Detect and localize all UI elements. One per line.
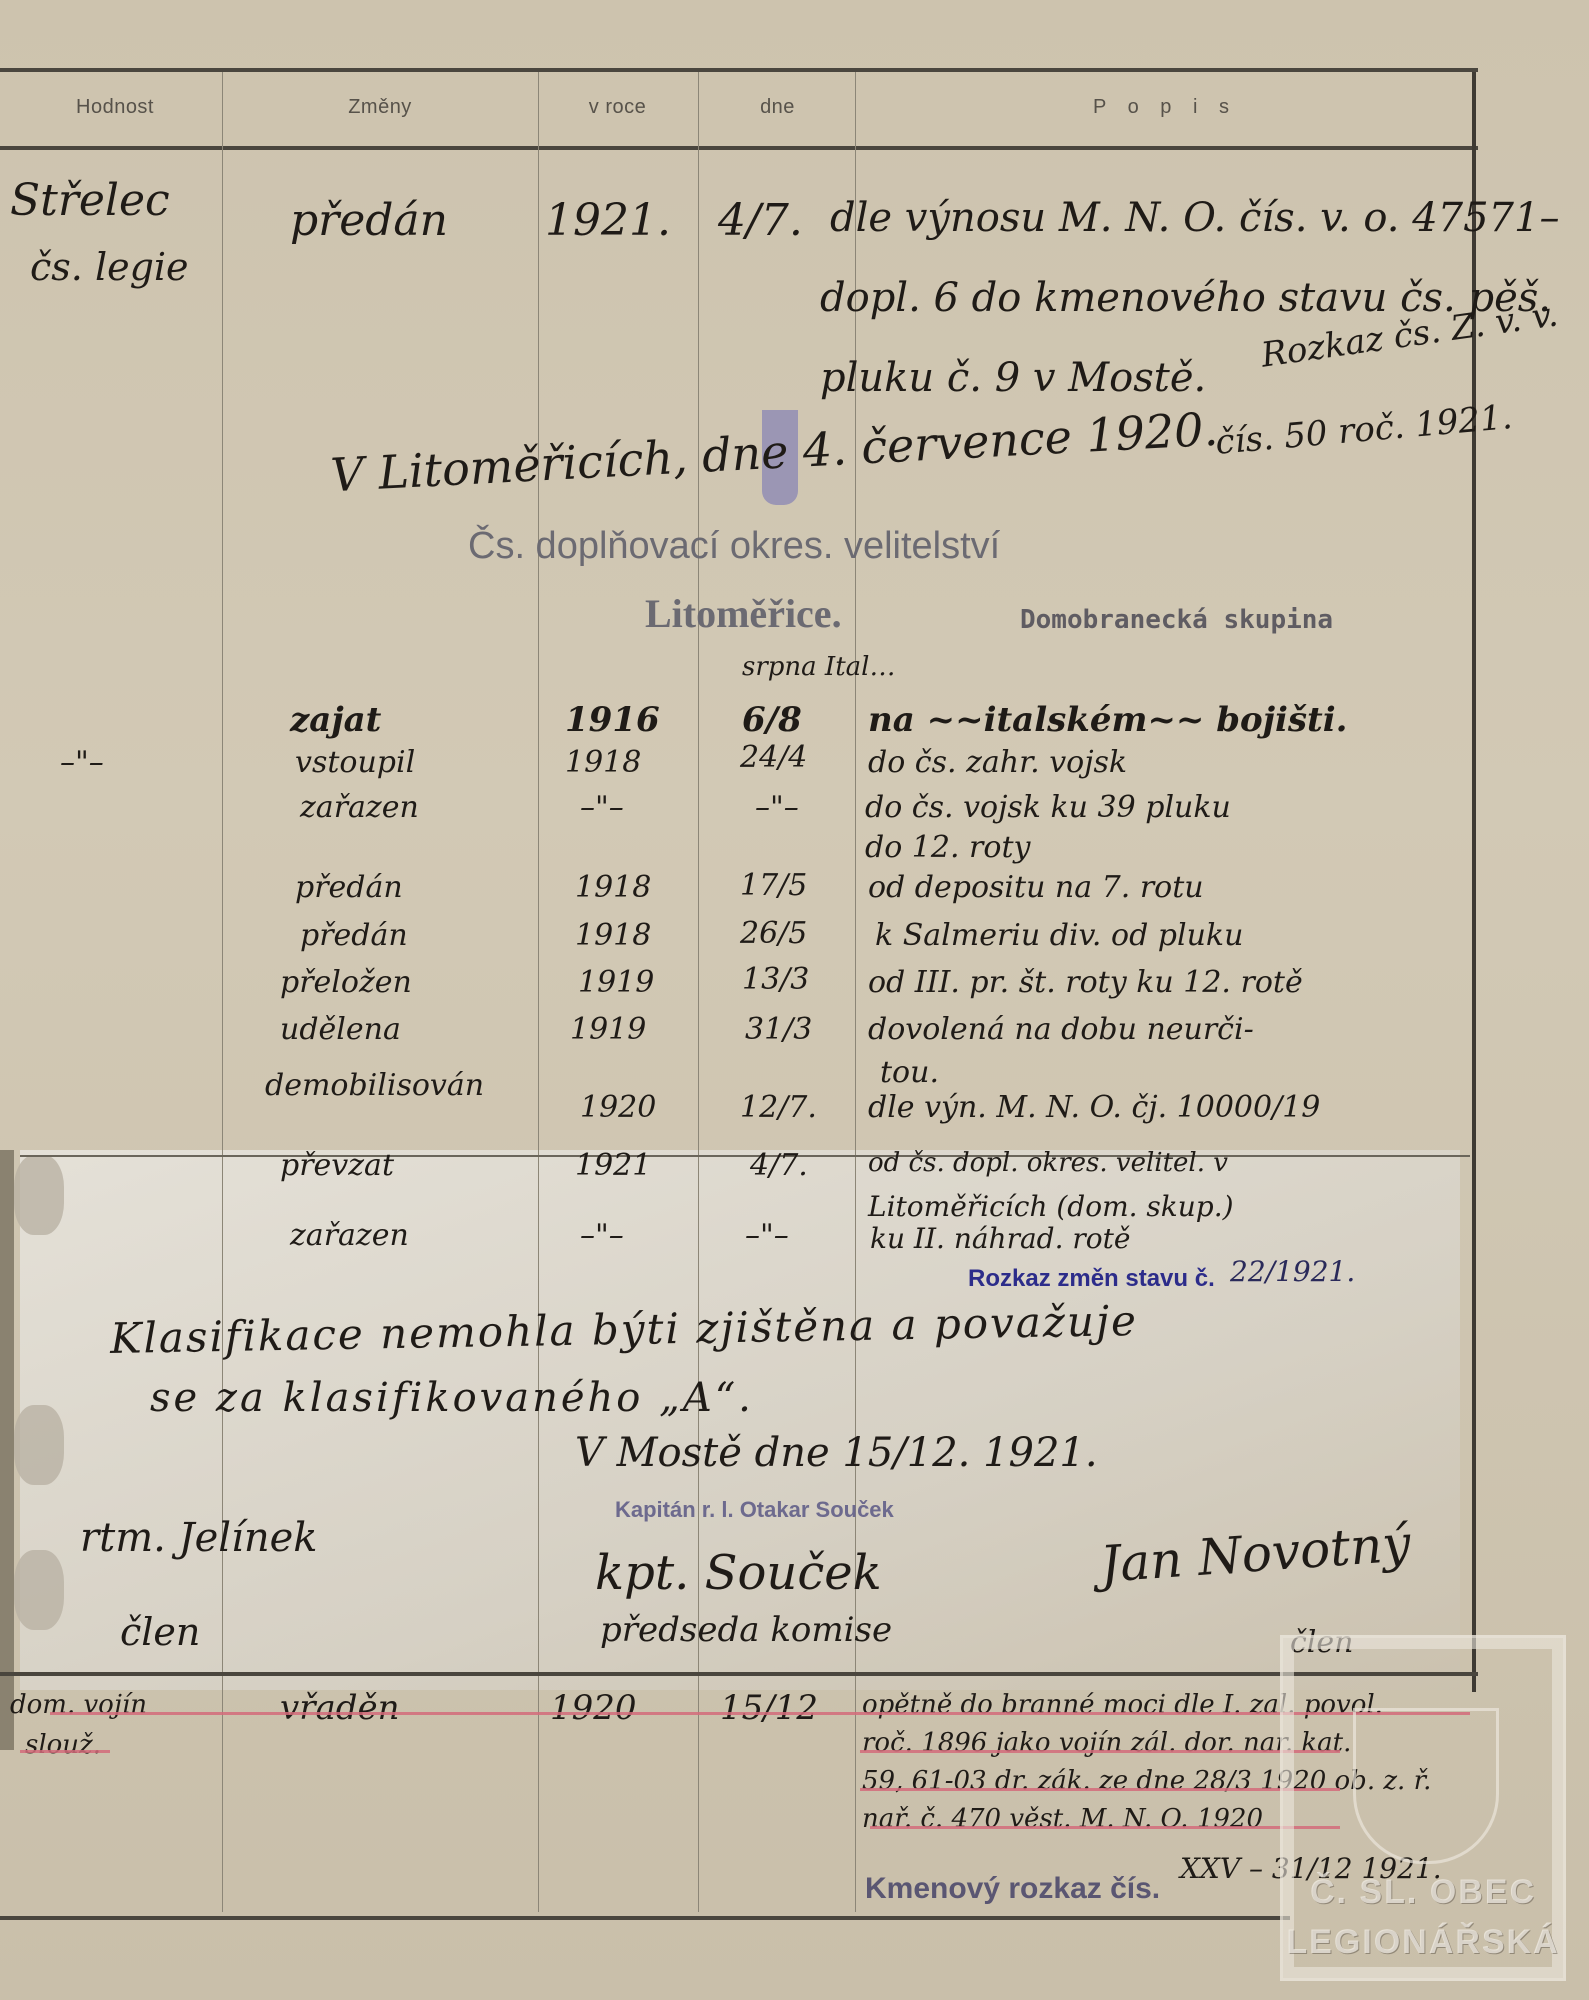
struck-year: 1920	[550, 1688, 637, 1728]
entry-year: 1921	[575, 1148, 651, 1183]
date: 4/7.	[718, 195, 803, 246]
entry-year: –"–	[580, 790, 624, 825]
bottom-rule	[0, 1916, 1290, 1920]
row-rule	[20, 1155, 1470, 1157]
entry-desc: do čs. vojsk ku 39 pluku	[865, 790, 1231, 825]
entry-year: 1916	[565, 700, 660, 740]
year: 1921.	[545, 195, 671, 246]
red-strike-line	[870, 1826, 1340, 1829]
entry-date: 24/4	[740, 740, 807, 775]
legion-watermark: Č. SL. OBEC LEGIONÁŘSKÁ	[1280, 1635, 1566, 1981]
entry-change: předán	[295, 870, 403, 905]
entry-change: zařazen	[300, 790, 419, 825]
desc-line: pluku č. 9 v Mostě.	[820, 355, 1206, 401]
header-hodnost: Hodnost	[20, 96, 210, 119]
classification-line2: se za klasifikovaného „A“.	[150, 1375, 754, 1421]
header-popis: P o p i s	[860, 96, 1470, 119]
punch-hole	[14, 1405, 64, 1485]
stamp-captain-name: Kapitán r. l. Otakar Souček	[615, 1497, 894, 1523]
entry-year: 1918	[575, 870, 651, 905]
watermark-line1: Č. SL. OBEC	[1283, 1873, 1563, 1912]
row-rule	[0, 1672, 1478, 1676]
entry-desc: dle výn. M. N. O. čj. 10000/19	[868, 1090, 1320, 1125]
struck-change: vřaděn	[280, 1688, 400, 1728]
entry-change: zařazen	[290, 1218, 409, 1253]
struck-date: 15/12	[720, 1688, 818, 1728]
struck-rank-line1: dom. vojín	[10, 1690, 147, 1720]
red-strike-line	[860, 1788, 1340, 1791]
entry-year: 1919	[578, 965, 654, 1000]
entry-desc: od depositu na 7. rotu	[868, 870, 1204, 905]
entry-date: 6/8	[742, 700, 802, 740]
header-zmeny: Změny	[230, 96, 530, 119]
desc-line: dle výnosu M. N. O. čís. v. o. 47571–	[830, 195, 1559, 241]
entry-change: předán	[300, 918, 408, 953]
entry-year: 1919	[570, 1012, 646, 1047]
binder-edge	[0, 1150, 14, 1750]
entry-desc: do čs. zahr. vojsk	[868, 745, 1127, 780]
stamp-kmenovy-label: Kmenový rozkaz čís.	[865, 1872, 1160, 1906]
stamp-office-line3: Domobranecká skupina	[1020, 605, 1333, 635]
header-dne: dne	[700, 96, 855, 119]
change: předán	[290, 195, 448, 246]
struck-rank-line2: slouž.	[25, 1730, 101, 1760]
entry-desc: Litoměřicích (dom. skup.)	[868, 1190, 1234, 1223]
entry-desc: ku II. náhrad. rotě	[870, 1222, 1130, 1255]
entry-desc: do 12. roty	[865, 830, 1030, 865]
header-v-roce: v roce	[540, 96, 695, 119]
entry-above-note: srpna Ital…	[742, 652, 895, 682]
desc-note: čís. 50 roč. 1921.	[1214, 397, 1514, 463]
column-divider	[222, 72, 223, 1912]
stamp-office-line1: Čs. doplňovací okres. velitelství	[468, 525, 1000, 568]
struck-desc: roč. 1896 jako vojín zál. dor. nar. kat.	[862, 1728, 1351, 1758]
entry-change: převzat	[280, 1148, 394, 1183]
shield-emblem-icon	[1353, 1708, 1499, 1864]
entry-date: 26/5	[740, 916, 807, 951]
red-strike-line	[20, 1750, 110, 1753]
entry-desc: k Salmeriu div. od pluku	[875, 918, 1243, 953]
entry-change: vstoupil	[295, 745, 415, 780]
entry-date: 31/3	[745, 1012, 812, 1047]
entry-year: 1920	[580, 1090, 656, 1125]
entry-date: 4/7.	[750, 1148, 808, 1183]
entry-year: –"–	[580, 1218, 624, 1253]
red-strike-line	[50, 1712, 1470, 1715]
entry-date: 17/5	[740, 868, 807, 903]
entry-rank-ditto: –"–	[60, 745, 104, 780]
entry-change: zajat	[290, 700, 381, 740]
entry-desc: od čs. dopl. okres. velitel. v	[868, 1148, 1228, 1178]
rank-line1: Střelec	[10, 175, 170, 226]
red-strike-line	[860, 1750, 1340, 1753]
stamp-rozkaz-value: 22/1921.	[1230, 1255, 1355, 1288]
signing-place-date: V Mostě dne 15/12. 1921.	[575, 1430, 1098, 1476]
entry-date: –"–	[755, 790, 799, 825]
entry-change: demobilisován	[265, 1068, 484, 1103]
stamp-rozkaz-label: Rozkaz změn stavu č.	[968, 1265, 1215, 1293]
stamp-office-line2: Litoměřice.	[645, 590, 842, 637]
signature-center-role: předseda komise	[600, 1610, 892, 1650]
entry-desc: na ~~italském~~ bojišti.	[868, 700, 1348, 740]
entry-year: 1918	[565, 745, 641, 780]
entry-desc: dovolená na dobu neurči-	[868, 1012, 1254, 1047]
entry-date: 13/3	[742, 962, 809, 997]
entry-change: udělena	[280, 1012, 401, 1047]
entry-date: 12/7.	[740, 1090, 817, 1125]
entry-year: 1918	[575, 918, 651, 953]
signature-left: rtm. Jelínek	[80, 1515, 318, 1561]
entry-date: –"–	[745, 1218, 789, 1253]
watermark-line2: LEGIONÁŘSKÁ	[1283, 1923, 1563, 1962]
entry-desc: tou.	[880, 1055, 939, 1090]
column-divider	[538, 72, 539, 1912]
entry-change: přeložen	[280, 965, 412, 1000]
entry-desc: od III. pr. št. roty ku 12. rotě	[868, 965, 1303, 1000]
punch-hole	[14, 1155, 64, 1235]
rank-line2: čs. legie	[30, 245, 189, 289]
signature-center: kpt. Souček	[595, 1545, 882, 1601]
signature-left-role: člen	[120, 1610, 200, 1654]
struck-desc: nař. č. 470 věst. M. N. O. 1920	[862, 1804, 1263, 1834]
punch-hole	[14, 1550, 64, 1630]
